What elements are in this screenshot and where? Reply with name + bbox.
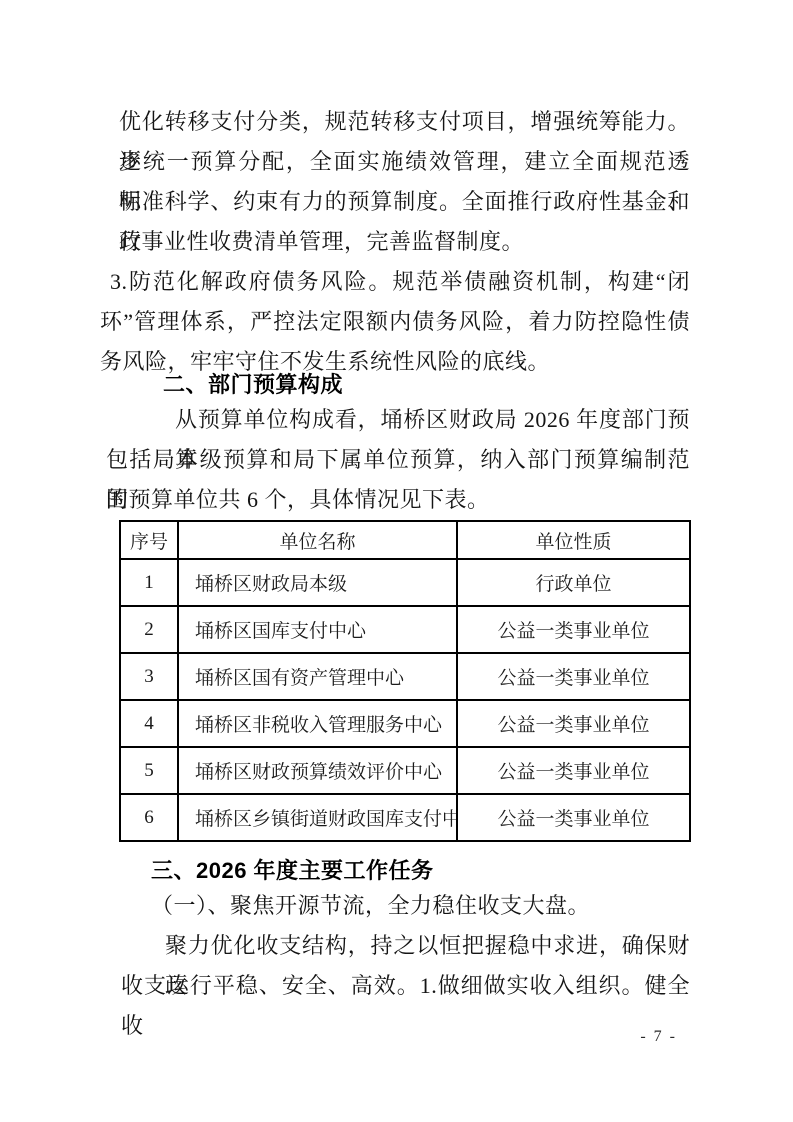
paragraph-transfer-payment: 优化转移支付分类，规范转移支付项目，增强统筹能力。逐 步统一预算分配，全面实施绩… (100, 102, 690, 262)
table-row: 1 埇桥区财政局本级 行政单位 (120, 559, 690, 606)
cell-index: 2 (120, 606, 178, 653)
subsection-heading-revenue: （一）、聚焦开源节流，全力稳住收支大盘。 (100, 886, 690, 926)
paragraph-budget-units-intro: 从预算单位构成看，埇桥区财政局 2026 年度部门预算 包括局本级预算和局下属单… (100, 400, 690, 520)
cell-index: 6 (120, 794, 178, 841)
section-heading-work-tasks: 三、2026 年度主要工作任务 (100, 856, 690, 886)
cell-unit-type: 公益一类事业单位 (457, 700, 690, 747)
text-line: 步统一预算分配，全面实施绩效管理，建立全面规范透明、 (100, 142, 690, 182)
col-header-unit-type: 单位性质 (457, 521, 690, 559)
table-row: 5 埇桥区财政预算绩效评价中心 公益一类事业单位 (120, 747, 690, 794)
cell-unit-type: 公益一类事业单位 (457, 653, 690, 700)
text-line: 环”管理体系，严控法定限额内债务风险，着力防控隐性债 (100, 302, 690, 342)
cell-unit-type: 公益一类事业单位 (457, 747, 690, 794)
cell-unit-name: 埇桥区国有资产管理中心 (178, 653, 457, 700)
text-line: 优化转移支付分类，规范转移支付项目，增强统筹能力。逐 (100, 102, 690, 142)
cell-unit-type: 公益一类事业单位 (457, 794, 690, 841)
cell-unit-name: 埇桥区财政预算绩效评价中心 (178, 747, 457, 794)
cell-unit-type: 行政单位 (457, 559, 690, 606)
cell-unit-name: 埇桥区财政局本级 (178, 559, 457, 606)
text-line: 的预算单位共 6 个，具体情况见下表。 (100, 480, 690, 520)
table-row: 3 埇桥区国有资产管理中心 公益一类事业单位 (120, 653, 690, 700)
text-line: 政事业性收费清单管理，完善监督制度。 (100, 222, 690, 262)
cell-unit-type: 公益一类事业单位 (457, 606, 690, 653)
paragraph-revenue-structure: 聚力优化收支结构，持之以恒把握稳中求进，确保财政 收支运行平稳、安全、高效。1.… (100, 926, 690, 1006)
table-row: 2 埇桥区国库支付中心 公益一类事业单位 (120, 606, 690, 653)
cell-unit-name: 埇桥区乡镇街道财政国库支付中心 (178, 794, 457, 841)
text-line: 标准科学、约束有力的预算制度。全面推行政府性基金和行 (100, 182, 690, 222)
table-row: 6 埇桥区乡镇街道财政国库支付中心 公益一类事业单位 (120, 794, 690, 841)
page-number: - 7 - (640, 1028, 677, 1046)
cell-index: 1 (120, 559, 178, 606)
cell-unit-name: 埇桥区非税收入管理服务中心 (178, 700, 457, 747)
budget-units-table: 序号 单位名称 单位性质 1 埇桥区财政局本级 行政单位 2 埇桥区国库支付中心… (119, 520, 691, 842)
text-line: 3.防范化解政府债务风险。规范举债融资机制，构建“闭 (100, 262, 690, 302)
document-page: 优化转移支付分类，规范转移支付项目，增强统筹能力。逐 步统一预算分配，全面实施绩… (0, 0, 793, 1122)
paragraph-debt-risk: 3.防范化解政府债务风险。规范举债融资机制，构建“闭 环”管理体系，严控法定限额… (100, 262, 690, 382)
table-header-row: 序号 单位名称 单位性质 (120, 521, 690, 559)
col-header-unit-name: 单位名称 (178, 521, 457, 559)
col-header-index: 序号 (120, 521, 178, 559)
cell-index: 5 (120, 747, 178, 794)
text-line: 包括局本级预算和局下属单位预算，纳入部门预算编制范围 (100, 440, 690, 480)
cell-index: 3 (120, 653, 178, 700)
text-line: 从预算单位构成看，埇桥区财政局 2026 年度部门预算 (100, 400, 690, 440)
text-line: 收支运行平稳、安全、高效。1.做细做实收入组织。健全收 (100, 966, 690, 1006)
cell-index: 4 (120, 700, 178, 747)
page-body: 优化转移支付分类，规范转移支付项目，增强统筹能力。逐 步统一预算分配，全面实施绩… (100, 102, 690, 1006)
text-line: 聚力优化收支结构，持之以恒把握稳中求进，确保财政 (100, 926, 690, 966)
table-row: 4 埇桥区非税收入管理服务中心 公益一类事业单位 (120, 700, 690, 747)
cell-unit-name: 埇桥区国库支付中心 (178, 606, 457, 653)
